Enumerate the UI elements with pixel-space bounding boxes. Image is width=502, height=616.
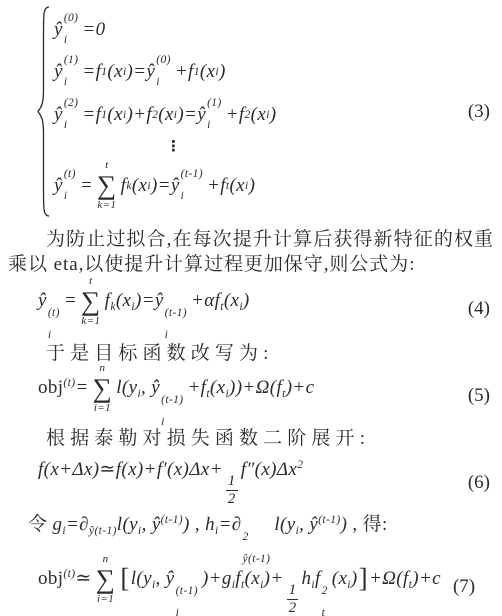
eq5-number: (5) [460, 385, 490, 407]
paragraph-taylor: 根据泰勒对损失函数二阶展开: [0, 426, 502, 451]
eq7-number: (7) [445, 576, 475, 598]
equation-system-3: ŷ(0)i=0 ŷ(1)i=f1(xi)=ŷ(0)i+f1(xi) ŷ(2)i=… [0, 4, 502, 219]
system-lines: ŷ(0)i=0 ŷ(1)i=f1(xi)=ŷ(0)i+f1(xi) ŷ(2)i=… [54, 9, 276, 215]
eq4-body: ŷ(t)i=t∑k=1fk(xi)=ŷ(t-1)i+αft(xi) [38, 276, 250, 342]
eq3-number: (3) [460, 101, 490, 123]
equation-4: ŷ(t)i=t∑k=1fk(xi)=ŷ(t-1)i+αft(xi) (4) [0, 283, 502, 335]
eq6-body: f(x+Δx)≃f(x)+f′(x)Δx+12f″(x)Δx2 [38, 458, 303, 509]
equation-7: obj(t)≃n∑i=1[l(yi, ŷ(t-1)i)+gift(xi)+12h… [0, 561, 502, 613]
eq7-body: obj(t)≃n∑i=1[l(yi, ŷ(t-1)i)+gift(xi)+12h… [38, 554, 441, 616]
eq3-line4: ŷ(t)i=t∑k=1fk(xi)=ŷ(t-1)i+ft(xi) [54, 157, 276, 215]
left-brace-icon [36, 4, 51, 219]
paragraph-gi-hi-definitions: 令 gi=∂ŷ(t-1)l(yi, ŷ(t-1)) , hi=∂2ŷ(t-1)l… [0, 517, 502, 557]
vertical-dots: ⋮ [54, 137, 276, 157]
equation-6: f(x+Δx)≃f(x)+f′(x)Δx+12f″(x)Δx2 (6) [0, 457, 502, 509]
eq6-number: (6) [460, 472, 490, 494]
equation-5: obj(t)=n∑i=1l(yi, ŷ(t-1)i+ft(xi))+Ω(ft)+… [0, 370, 502, 422]
eq3-line1: ŷ(0)i=0 [54, 9, 276, 51]
paper-page: ŷ(0)i=0 ŷ(1)i=f1(xi)=ŷ(0)i+f1(xi) ŷ(2)i=… [0, 0, 502, 616]
eq4-number: (4) [460, 298, 490, 320]
eq3-line2: ŷ(1)i=f1(xi)=ŷ(0)i+f1(xi) [54, 51, 276, 93]
eq5-body: obj(t)=n∑i=1l(yi, ŷ(t-1)i+ft(xi))+Ω(ft)+… [38, 363, 314, 429]
eq3-line3: ŷ(2)i=f1(xi)+f2(xi)=ŷ(1)i+f2(xi) [54, 93, 276, 137]
paragraph-overfitting: 为防止过拟合,在每次提升计算后获得新特征的权重乘以 eta,以使提升计算过程更加… [0, 227, 502, 277]
